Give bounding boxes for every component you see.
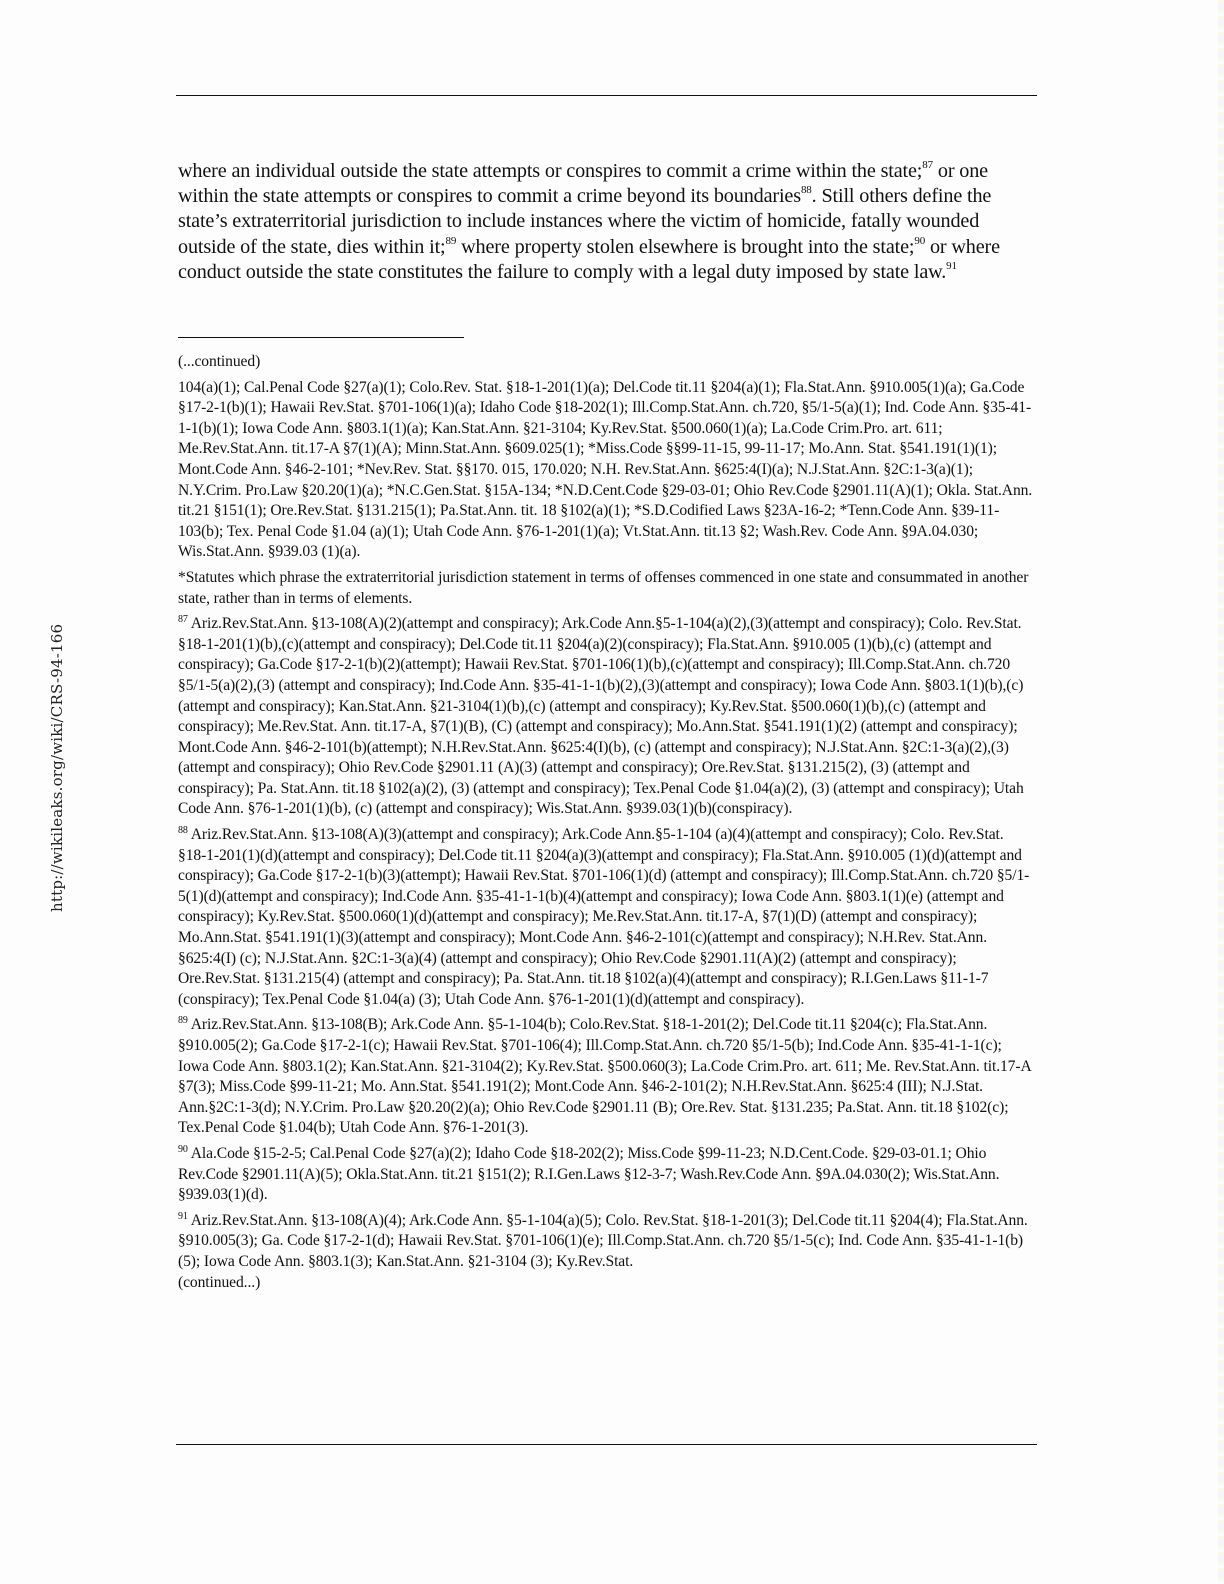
footnote-90: 90 Ala.Code §15-2-5; Cal.Penal Code §27(… [178,1144,1034,1206]
footnote-ref-87[interactable]: 87 [922,159,933,171]
footnote-text: Ala.Code §15-2-5; Cal.Penal Code §27(a)(… [178,1145,999,1203]
footnote-91: 91 Ariz.Rev.Stat.Ann. §13-108(A)(4); Ark… [178,1211,1034,1273]
footnote-number: 91 [178,1211,188,1222]
footnote-separator [178,337,464,338]
scan-edge-artifact [1218,0,1224,1584]
body-paragraph: where an individual outside the state at… [178,159,1038,285]
footnote-number: 89 [178,1015,188,1026]
footer-rule [176,1444,1037,1445]
footnote-text: Ariz.Rev.Stat.Ann. §13-108(A)(4); Ark.Co… [178,1212,1028,1270]
footnote-number: 88 [178,825,188,836]
footnotes-section: (...continued) 104(a)(1); Cal.Penal Code… [178,352,1034,1298]
footnote-number: 87 [178,614,188,625]
footnote-ref-91[interactable]: 91 [946,260,957,272]
body-text-segment: where an individual outside the state at… [178,160,922,182]
side-watermark-url: http://wikileaks.org/wiki/CRS-94-166 [48,624,66,912]
header-rule [176,95,1037,96]
footnote-87: 87 Ariz.Rev.Stat.Ann. §13-108(A)(2)(atte… [178,614,1034,820]
footnote-continuation: 104(a)(1); Cal.Penal Code §27(a)(1); Col… [178,378,1034,563]
footnote-ref-88[interactable]: 88 [801,184,812,196]
footnote-number: 90 [178,1144,188,1155]
footnote-ref-90[interactable]: 90 [914,235,925,247]
footnote-ref-89[interactable]: 89 [446,235,457,247]
footnote-continued-marker: (...continued) [178,352,1034,373]
footnote-text: Ariz.Rev.Stat.Ann. §13-108(A)(2)(attempt… [178,615,1024,817]
footnote-88: 88 Ariz.Rev.Stat.Ann. §13-108(A)(3)(atte… [178,825,1034,1010]
footnote-89: 89 Ariz.Rev.Stat.Ann. §13-108(B); Ark.Co… [178,1015,1034,1139]
body-text-segment: where property stolen elsewhere is broug… [456,236,914,258]
footnote-continued-bottom: (continued...) [178,1273,1034,1294]
footnote-asterisk-note: *Statutes which phrase the extraterritor… [178,568,1034,609]
footnote-text: Ariz.Rev.Stat.Ann. §13-108(A)(3)(attempt… [178,826,1029,1008]
footnote-text: Ariz.Rev.Stat.Ann. §13-108(B); Ark.Code … [178,1016,1031,1136]
